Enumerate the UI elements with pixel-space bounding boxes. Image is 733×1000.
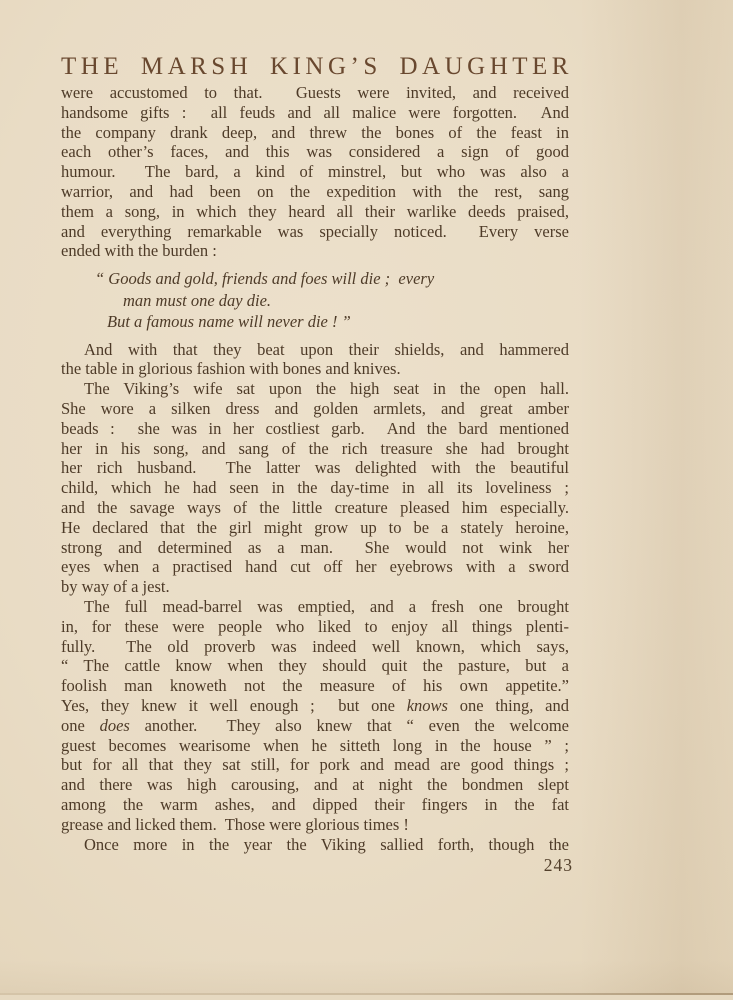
text-line: among the warm ashes, and dipped their f… xyxy=(61,795,569,815)
text-line: child, which he had seen in the day-time… xyxy=(61,478,569,498)
page-body: were accustomed to that. Guests were inv… xyxy=(61,83,569,854)
text-paragraph: Once more in the year the Viking sallied… xyxy=(61,835,569,855)
text-line: warrior, and had been on the expedition … xyxy=(61,182,569,202)
text-line: guest becomes wearisome when he sitteth … xyxy=(61,736,569,756)
text-paragraph: The full mead-barrel was emptied, and a … xyxy=(61,597,569,835)
text-line: in, for these were people who liked to e… xyxy=(61,617,569,637)
text-line: The full mead-barrel was emptied, and a … xyxy=(61,597,569,617)
text-line: fully. The old proverb was indeed well k… xyxy=(61,637,569,657)
verse-line: “ Goods and gold, friends and foes will … xyxy=(61,268,569,290)
page-number: 243 xyxy=(61,855,573,876)
text-line: the company drank deep, and threw the bo… xyxy=(61,123,569,143)
text-line: Once more in the year the Viking sallied… xyxy=(61,835,569,855)
text-line: The Viking’s wife sat upon the high seat… xyxy=(61,379,569,399)
text-line: strong and determined as a man. She woul… xyxy=(61,538,569,558)
text-line: handsome gifts : all feuds and all malic… xyxy=(61,103,569,123)
text-line: Yes, they knew it well enough ; but one … xyxy=(61,696,569,716)
text-line: and there was high carousing, and at nig… xyxy=(61,775,569,795)
text-line: one does another. They also knew that “ … xyxy=(61,716,569,736)
text-line: grease and licked them. Those were glori… xyxy=(61,815,569,835)
verse-line: man must one day die. xyxy=(61,290,569,312)
running-head-title: THE MARSH KING’S DAUGHTER xyxy=(61,52,569,82)
text-line: foolish man knoweth not the measure of h… xyxy=(61,676,569,696)
text-line: but for all that they sat still, for por… xyxy=(61,755,569,775)
text-line: ended with the burden : xyxy=(61,241,569,261)
text-line: her rich husband. The latter was delight… xyxy=(61,458,569,478)
text-line: the table in glorious fashion with bones… xyxy=(61,359,569,379)
text-line: eyes when a practised hand cut off her e… xyxy=(61,557,569,577)
text-line: each other’s faces, and this was conside… xyxy=(61,142,569,162)
text-line: “ The cattle know when they should quit … xyxy=(61,656,569,676)
text-paragraph: And with that they beat upon their shiel… xyxy=(61,340,569,380)
text-line: And with that they beat upon their shiel… xyxy=(61,340,569,360)
text-line: and the savage ways of the little creatu… xyxy=(61,498,569,518)
text-paragraph: The Viking’s wife sat upon the high seat… xyxy=(61,379,569,597)
book-page: THE MARSH KING’S DAUGHTER were accustome… xyxy=(0,0,733,1000)
text-line: and everything remarkable was specially … xyxy=(61,222,569,242)
verse-block: “ Goods and gold, friends and foes will … xyxy=(61,268,569,333)
text-line: them a song, in which they heard all the… xyxy=(61,202,569,222)
page-edge-below xyxy=(0,995,733,1000)
text-line: her in his song, and sang of the rich tr… xyxy=(61,439,569,459)
text-line: by way of a jest. xyxy=(61,577,569,597)
text-line: She wore a silken dress and golden armle… xyxy=(61,399,569,419)
text-paragraph: were accustomed to that. Guests were inv… xyxy=(61,83,569,261)
verse-line: But a famous name will never die ! ” xyxy=(61,311,569,333)
page-content: THE MARSH KING’S DAUGHTER were accustome… xyxy=(61,52,569,854)
text-line: He declared that the girl might grow up … xyxy=(61,518,569,538)
text-line: beads : she was in her costliest garb. A… xyxy=(61,419,569,439)
text-line: were accustomed to that. Guests were inv… xyxy=(61,83,569,103)
text-line: humour. The bard, a kind of minstrel, bu… xyxy=(61,162,569,182)
